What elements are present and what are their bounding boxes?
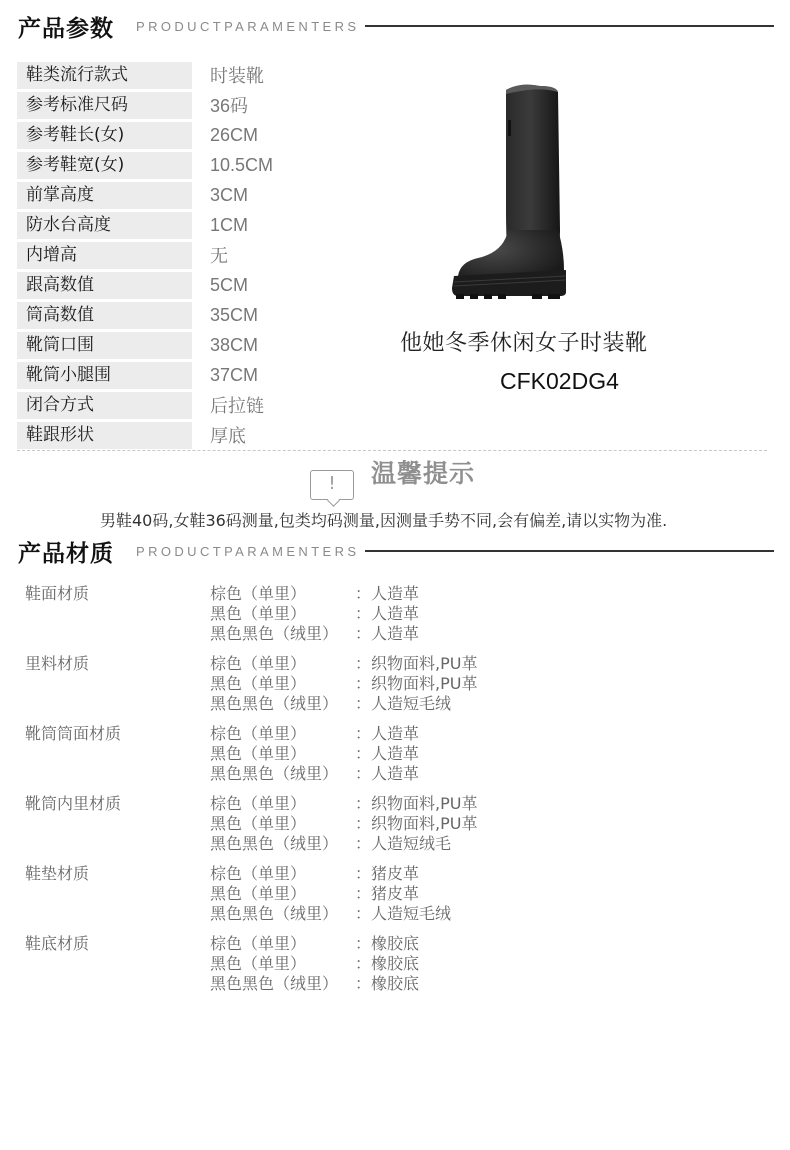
spec-row: 内增高无 xyxy=(17,240,297,270)
material-value: ：橡胶底 xyxy=(355,974,419,994)
materials-section-subtitle: PRODUCTPARAMENTERS xyxy=(136,544,359,559)
spec-value: 37CM xyxy=(210,365,258,386)
material-value: ：织物面料,PU革 xyxy=(355,814,477,834)
spec-value: 1CM xyxy=(210,215,248,236)
material-name: 鞋垫材质 xyxy=(25,864,210,924)
spec-row: 筒高数值35CM xyxy=(17,300,297,330)
section-divider-line xyxy=(365,25,774,27)
material-name: 靴筒内里材质 xyxy=(25,794,210,854)
section-divider-line xyxy=(365,550,774,552)
spec-label: 参考标准尺码 xyxy=(17,92,192,119)
material-color: 黑色黑色（绒里） xyxy=(210,904,355,924)
params-section-title: 产品参数 xyxy=(18,10,114,43)
material-color: 黑色（单里） xyxy=(210,954,355,974)
material-name: 里料材质 xyxy=(25,654,210,714)
material-value: ：织物面料,PU革 xyxy=(355,794,477,814)
material-line: 棕色（单里）：织物面料,PU革 xyxy=(210,654,477,674)
spec-value: 38CM xyxy=(210,335,258,356)
material-line: 黑色黑色（绒里）：人造短毛绒 xyxy=(210,694,477,714)
material-group: 鞋面材质 棕色（单里）：人造革 黑色（单里）：人造革 黑色黑色（绒里）：人造革 xyxy=(25,584,725,644)
spec-value: 3CM xyxy=(210,185,248,206)
spec-value: 厚底 xyxy=(210,422,246,448)
material-line: 棕色（单里）：橡胶底 xyxy=(210,934,419,954)
product-code: CFK02DG4 xyxy=(500,368,619,395)
spec-label: 参考鞋宽(女) xyxy=(17,152,192,179)
product-boot-image xyxy=(448,80,578,300)
material-color: 棕色（单里） xyxy=(210,794,355,814)
material-value: ：织物面料,PU革 xyxy=(355,674,477,694)
tip-text: 男鞋40码,女鞋36码测量,包类均码测量,因测量手势不同,会有偏差,请以实物为准… xyxy=(100,508,667,531)
material-value: ：人造短绒毛 xyxy=(355,834,451,854)
material-color: 黑色黑色（绒里） xyxy=(210,834,355,854)
material-color: 黑色（单里） xyxy=(210,604,355,624)
params-section-header: 产品参数 PRODUCTPARAMENTERS xyxy=(18,8,774,44)
material-color: 黑色黑色（绒里） xyxy=(210,694,355,714)
spec-label: 筒高数值 xyxy=(17,302,192,329)
spec-row: 防水台高度1CM xyxy=(17,210,297,240)
spec-label: 前掌高度 xyxy=(17,182,192,209)
spec-row: 前掌高度3CM xyxy=(17,180,297,210)
material-color: 黑色黑色（绒里） xyxy=(210,624,355,644)
material-value: ：猪皮革 xyxy=(355,884,419,904)
spec-value: 时装靴 xyxy=(210,62,264,88)
spec-row: 鞋跟形状厚底 xyxy=(17,420,297,450)
spec-row: 参考标准尺码36码 xyxy=(17,90,297,120)
material-line: 棕色（单里）：猪皮革 xyxy=(210,864,451,884)
material-group: 鞋底材质 棕色（单里）：橡胶底 黑色（单里）：橡胶底 黑色黑色（绒里）：橡胶底 xyxy=(25,934,725,994)
material-value: ：橡胶底 xyxy=(355,954,419,974)
spec-row: 鞋类流行款式时装靴 xyxy=(17,60,297,90)
spec-label: 防水台高度 xyxy=(17,212,192,239)
material-line: 黑色黑色（绒里）：人造短绒毛 xyxy=(210,834,477,854)
spec-row: 跟高数值5CM xyxy=(17,270,297,300)
spec-label: 鞋类流行款式 xyxy=(17,62,192,89)
materials-list: 鞋面材质 棕色（单里）：人造革 黑色（单里）：人造革 黑色黑色（绒里）：人造革 … xyxy=(25,584,725,1004)
material-color: 黑色（单里） xyxy=(210,744,355,764)
spec-label: 参考鞋长(女) xyxy=(17,122,192,149)
material-group: 里料材质 棕色（单里）：织物面料,PU革 黑色（单里）：织物面料,PU革 黑色黑… xyxy=(25,654,725,714)
material-value: ：人造革 xyxy=(355,584,419,604)
materials-section-header: 产品材质 PRODUCTPARAMENTERS xyxy=(18,533,774,569)
material-line: 棕色（单里）：人造革 xyxy=(210,584,419,604)
material-color: 棕色（单里） xyxy=(210,934,355,954)
material-color: 黑色（单里） xyxy=(210,884,355,904)
product-name: 他她冬季休闲女子时装靴 xyxy=(400,326,648,357)
material-line: 黑色（单里）：橡胶底 xyxy=(210,954,419,974)
spec-value: 10.5CM xyxy=(210,155,273,176)
spec-row: 闭合方式后拉链 xyxy=(17,390,297,420)
spec-value: 35CM xyxy=(210,305,258,326)
dashed-divider xyxy=(17,450,767,451)
material-line: 黑色（单里）：人造革 xyxy=(210,744,419,764)
material-value: ：人造短毛绒 xyxy=(355,904,451,924)
material-color: 棕色（单里） xyxy=(210,654,355,674)
spec-label: 靴筒小腿围 xyxy=(17,362,192,389)
spec-label: 跟高数值 xyxy=(17,272,192,299)
material-line: 棕色（单里）：织物面料,PU革 xyxy=(210,794,477,814)
spec-value: 5CM xyxy=(210,275,248,296)
exclamation-speech-bubble-icon: ! xyxy=(310,470,354,500)
material-color: 棕色（单里） xyxy=(210,864,355,884)
material-name: 靴筒筒面材质 xyxy=(25,724,210,784)
material-value: ：人造革 xyxy=(355,624,419,644)
material-color: 黑色黑色（绒里） xyxy=(210,764,355,784)
spec-label: 靴筒口围 xyxy=(17,332,192,359)
material-value: ：人造革 xyxy=(355,764,419,784)
material-name: 鞋面材质 xyxy=(25,584,210,644)
spec-value: 36码 xyxy=(210,92,248,118)
spec-value: 26CM xyxy=(210,125,258,146)
material-value: ：橡胶底 xyxy=(355,934,419,954)
material-color: 棕色（单里） xyxy=(210,584,355,604)
material-group: 靴筒内里材质 棕色（单里）：织物面料,PU革 黑色（单里）：织物面料,PU革 黑… xyxy=(25,794,725,854)
spec-label: 闭合方式 xyxy=(17,392,192,419)
spec-label: 内增高 xyxy=(17,242,192,269)
material-line: 棕色（单里）：人造革 xyxy=(210,724,419,744)
material-color: 棕色（单里） xyxy=(210,724,355,744)
spec-row: 参考鞋长(女)26CM xyxy=(17,120,297,150)
material-group: 鞋垫材质 棕色（单里）：猪皮革 黑色（单里）：猪皮革 黑色黑色（绒里）：人造短毛… xyxy=(25,864,725,924)
material-value: ：人造革 xyxy=(355,604,419,624)
material-value: ：人造革 xyxy=(355,724,419,744)
spec-row: 靴筒小腿围37CM xyxy=(17,360,297,390)
material-value: ：织物面料,PU革 xyxy=(355,654,477,674)
spec-value: 无 xyxy=(210,242,228,268)
material-name: 鞋底材质 xyxy=(25,934,210,994)
material-line: 黑色（单里）：人造革 xyxy=(210,604,419,624)
tip-title: 温馨提示 xyxy=(371,454,475,490)
material-group: 靴筒筒面材质 棕色（单里）：人造革 黑色（单里）：人造革 黑色黑色（绒里）：人造… xyxy=(25,724,725,784)
spec-row: 靴筒口围38CM xyxy=(17,330,297,360)
material-line: 黑色（单里）：织物面料,PU革 xyxy=(210,814,477,834)
material-line: 黑色（单里）：猪皮革 xyxy=(210,884,451,904)
params-section-subtitle: PRODUCTPARAMENTERS xyxy=(136,19,359,34)
spec-value: 后拉链 xyxy=(210,392,264,418)
spec-label: 鞋跟形状 xyxy=(17,422,192,449)
material-color: 黑色（单里） xyxy=(210,674,355,694)
material-color: 黑色黑色（绒里） xyxy=(210,974,355,994)
spec-table: 鞋类流行款式时装靴 参考标准尺码36码 参考鞋长(女)26CM 参考鞋宽(女)1… xyxy=(17,60,297,450)
material-line: 黑色（单里）：织物面料,PU革 xyxy=(210,674,477,694)
material-value: ：猪皮革 xyxy=(355,864,419,884)
material-value: ：人造短毛绒 xyxy=(355,694,451,714)
material-line: 黑色黑色（绒里）：橡胶底 xyxy=(210,974,419,994)
materials-section-title: 产品材质 xyxy=(18,535,114,568)
material-line: 黑色黑色（绒里）：人造革 xyxy=(210,624,419,644)
material-line: 黑色黑色（绒里）：人造革 xyxy=(210,764,419,784)
material-line: 黑色黑色（绒里）：人造短毛绒 xyxy=(210,904,451,924)
spec-row: 参考鞋宽(女)10.5CM xyxy=(17,150,297,180)
material-value: ：人造革 xyxy=(355,744,419,764)
material-color: 黑色（单里） xyxy=(210,814,355,834)
